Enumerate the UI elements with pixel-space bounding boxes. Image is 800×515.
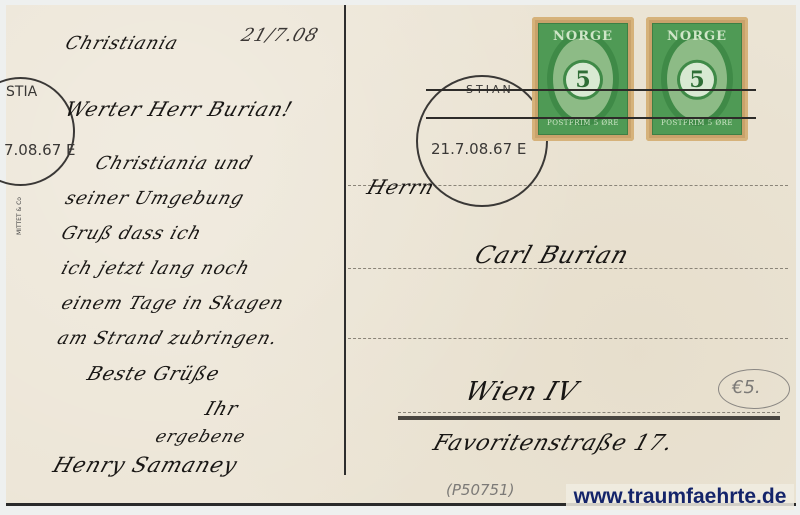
printer-mark: MITTET & Co xyxy=(16,197,23,235)
stamp-caption: POSTFRIM 5 ØRE xyxy=(532,119,634,127)
message-line: Gruß dass ich xyxy=(59,223,205,244)
message-line: einem Tage in Skagen xyxy=(59,293,287,314)
stamp-value: 5 xyxy=(563,60,603,100)
stamp: NORGE 5 POSTFRIM 5 ØRE xyxy=(646,17,748,141)
cancel-line xyxy=(426,117,756,119)
message-salutation: Werter Herr Burian! xyxy=(62,97,296,121)
message-line: Christiania und xyxy=(93,153,256,174)
message-line: Ihr xyxy=(202,398,241,420)
postmark-left-date: 7.08.67 E xyxy=(4,141,76,159)
cancel-line xyxy=(426,89,756,91)
center-divider xyxy=(344,5,346,475)
address-street: Favoritenstraße 17. xyxy=(430,431,677,456)
price-note: €5. xyxy=(732,377,761,398)
message-line: ich jetzt lang noch xyxy=(59,258,253,279)
watermark-link[interactable]: www.traumfaehrte.de xyxy=(566,484,794,510)
address-city: Wien IV xyxy=(461,377,582,407)
postmark-right-date: 21.7.08.67 E xyxy=(431,140,526,158)
stamp: NORGE 5 POSTFRIM 5 ØRE xyxy=(532,17,634,141)
address-salutation: Herrn xyxy=(364,175,438,199)
message-date: 21/7.08 xyxy=(239,25,322,46)
postmark-left-city: STIA xyxy=(6,84,37,100)
message-signature: Henry Samaney xyxy=(50,453,241,477)
stamp-caption: POSTFRIM 5 ØRE xyxy=(646,119,748,127)
address-line xyxy=(398,412,780,413)
message-line: am Strand zubringen. xyxy=(55,328,281,349)
postcard: STIA 7.08.67 E STIAN 21.7.08.67 E NORGE … xyxy=(6,5,796,506)
message-line: ergebene xyxy=(153,427,249,447)
address-underline xyxy=(398,416,780,420)
stamp-country: NORGE xyxy=(532,29,634,44)
address-name: Carl Burian xyxy=(471,241,633,269)
stamp-value: 5 xyxy=(677,60,717,100)
stamp-country: NORGE xyxy=(646,29,748,44)
reference-note: (P50751) xyxy=(446,481,514,499)
message-line: Beste Grüße xyxy=(84,363,222,385)
address-line xyxy=(348,338,788,339)
message-line: seiner Umgebung xyxy=(63,188,248,209)
message-place: Christiania xyxy=(63,33,182,54)
